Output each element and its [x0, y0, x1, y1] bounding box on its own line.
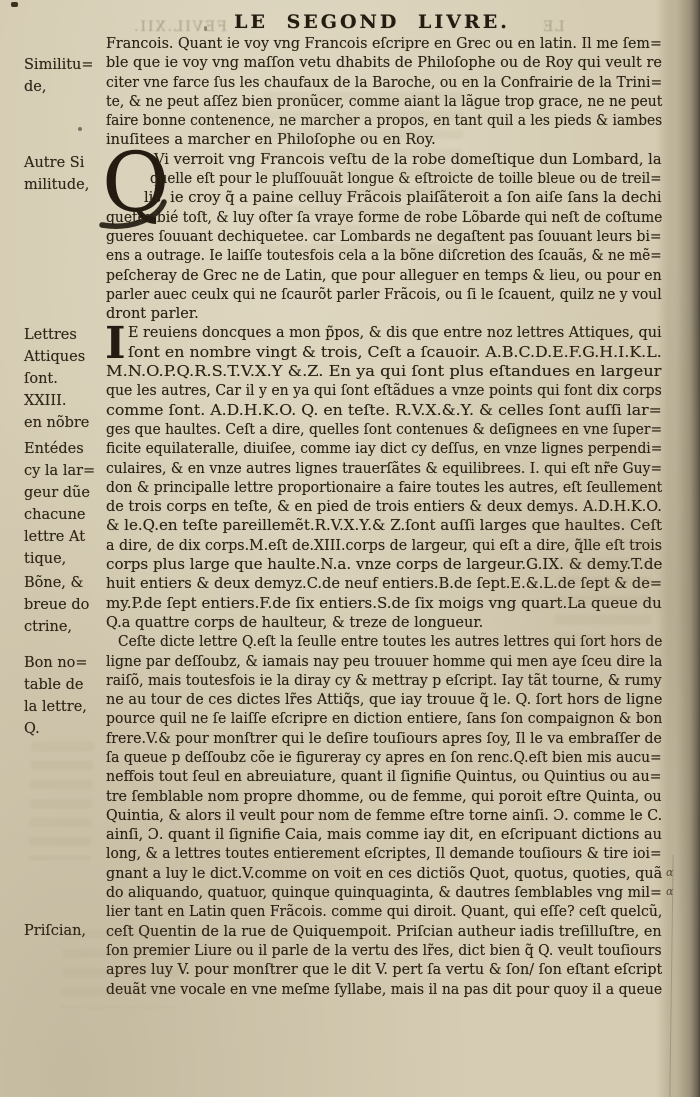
margin-note-line: Similitu= — [24, 54, 106, 76]
text-line: lier tant en Latin quen Frãcois. comme q… — [106, 904, 662, 923]
text-line: ſon premier Liure ou il parle de la vert… — [106, 943, 662, 962]
margin-note: Autre Similitude, — [24, 152, 106, 196]
text-line: ainſi, Ɔ. quant il ſignifie Caia, mais c… — [106, 827, 662, 846]
drop-cap-i: I — [105, 322, 126, 366]
margin-note-line: Q. — [24, 718, 106, 740]
margin-note-line: cy la lar= — [24, 460, 106, 482]
margin-note-line: Lettres — [24, 324, 106, 346]
text-line: que les autres, Car il y en ya qui ſont … — [106, 383, 662, 402]
text-line: peſcheray de Grec ne de Latin, que pour … — [106, 268, 662, 287]
ink-speck — [204, 26, 207, 31]
text-line-content: ble que ie voy vng maſſon vetu dhabits d… — [106, 55, 662, 71]
book-page-scan: FEVIL.XII. LE SEGOND LIVRE. LE Similitu=… — [0, 0, 700, 1097]
text-line: ficite equilateralle, diuiſee, comme iay… — [106, 441, 662, 460]
text-line: culaires, & en vnze autres lignes trauer… — [106, 461, 662, 480]
text-line-content: peſcheray de Grec ne de Latin, que pour … — [106, 268, 662, 284]
text-line: ne au tour de ces dictes lr̃es Attiq̃s, … — [106, 692, 662, 711]
text-line-content: E reuiens doncques a mon p̃pos, & dis qu… — [128, 325, 662, 341]
margin-note-line: ctrine, — [24, 616, 106, 638]
paragraph: Ceſte dicte lettre Q.eſt la ſeulle entre… — [106, 634, 662, 1001]
margin-note-line: de, — [24, 76, 106, 98]
text-line: Francois. Quant ie voy vng Francois eſcr… — [106, 36, 662, 55]
text-line-content: neffois tout ſeul en abreuiature, quant … — [106, 769, 662, 785]
text-line-content: ſont en nombre vingt & trois, Ceſt a ſca… — [128, 345, 662, 361]
text-line: citer vne farce ſus les chaufaux de la B… — [106, 75, 662, 94]
margin-note-line: la lettre, — [24, 696, 106, 718]
margin-note: Bõne, &breue doctrine, — [24, 572, 106, 638]
text-line-content: ligne par deſſoubz, & iamais nay peu tro… — [106, 654, 662, 670]
bleedthrough-smudge — [260, 92, 464, 260]
margin-note-line: geur dũe — [24, 482, 106, 504]
text-line-content: don & principalle lettre proportionaire … — [106, 480, 662, 496]
bleedthrough-smudge — [61, 930, 181, 1008]
text-line-content: frere.V.& pour monſtrer qui le deſire to… — [106, 731, 662, 747]
text-line: ligne par deſſoubz, & iamais nay peu tro… — [106, 654, 662, 673]
text-line: comme ſont. A.D.H.K.O. Q. en teſte. R.V.… — [106, 403, 662, 422]
text-line: tre ſemblable nom propre dhomme, ou de f… — [106, 789, 662, 808]
text-line: do aliquando, quatuor, quinque quinquagi… — [106, 885, 662, 904]
text-line: E reuiens doncques a mon p̃pos, & dis qu… — [106, 325, 662, 344]
text-line: de trois corps en teſte, & en pied de tr… — [106, 499, 662, 518]
text-line: frere.V.& pour monſtrer qui le deſire to… — [106, 731, 662, 750]
text-line: apres luy V. pour monſtrer que le dit V.… — [106, 962, 662, 981]
text-line-content: ſa queue p deſſoubz cõe ie figureray cy … — [106, 750, 662, 766]
text-line-content: parler auec ceulx qui ne ſcaurõt parler … — [106, 287, 662, 303]
text-line-content: de trois corps en teſte, & en pied de tr… — [106, 499, 662, 515]
text-line: ble que ie voy vng maſſon vetu dhabits d… — [106, 55, 662, 74]
text-line: deuãt vne vocale en vne meſme ſyllabe, m… — [106, 982, 662, 1001]
text-line: ſa queue p deſſoubz cõe ie figureray cy … — [106, 750, 662, 769]
margin-note-line: Autre Si — [24, 152, 106, 174]
margin-note-line: en nõbre — [24, 412, 106, 434]
text-line-content: Quintia, & alors il veult pour nom de fe… — [106, 808, 662, 824]
page-title: LE SEGOND LIVRE. — [0, 11, 700, 33]
ink-speck — [78, 127, 82, 131]
text-line: parler auec ceulx qui ne ſcaurõt parler … — [106, 287, 662, 306]
margin-note-line: lettre At — [24, 526, 106, 548]
text-line-content: ges que haultes. Ceſt a dire, quelles ſo… — [106, 422, 662, 438]
text-line-content: ainſi, Ɔ. quant il ſignifie Caia, mais c… — [106, 827, 662, 843]
margin-note-line: Attiques — [24, 346, 106, 368]
text-line-content: M.N.O.P.Q.R.S.T.V.X.Y &.Z. En ya qui ſon… — [106, 364, 661, 380]
bleedthrough-text-right: LE — [541, 19, 565, 35]
margin-note: Entédescy la lar=geur dũechacunelettre A… — [24, 438, 106, 570]
text-line-content: ceſt Quentin de la rue de Quiquempoit. P… — [106, 924, 662, 940]
margin-note: LettresAttiquesſont.XXIII.en nõbre — [24, 324, 106, 434]
margin-note-line: Entédes — [24, 438, 106, 460]
ink-speck — [11, 2, 18, 7]
text-line-content: culaires, & en vnze autres lignes trauer… — [106, 461, 662, 477]
text-line: neffois tout ſeul en abreuiature, quant … — [106, 769, 662, 788]
text-line: Quintia, & alors il veult pour nom de fe… — [106, 808, 662, 827]
margin-note-line: ſont. — [24, 368, 106, 390]
text-line-content: lier tant en Latin quen Frãcois. comme q… — [106, 904, 662, 920]
text-line: dront parler. — [106, 306, 662, 325]
text-line: M.N.O.P.Q.R.S.T.V.X.Y &.Z. En ya qui ſon… — [106, 364, 662, 383]
text-line: ceſt Quentin de la rue de Quiquempoit. P… — [106, 924, 662, 943]
text-line: ges que haultes. Ceſt a dire, quelles ſo… — [106, 422, 662, 441]
bleedthrough-smudge — [554, 520, 653, 652]
text-line: pource quil ne ſe laiſſe eſcripre en dic… — [106, 711, 662, 730]
margin-note-line: Bõne, & — [24, 572, 106, 594]
margin-note-line: chacune — [24, 504, 106, 526]
text-line-content: Francois. Quant ie voy vng Francois eſcr… — [106, 36, 662, 52]
margin-note-line: tique, — [24, 548, 106, 570]
text-line-content: Q.a quattre corps de haulteur, & treze d… — [106, 615, 483, 631]
text-line-content: pource quil ne ſe laiſſe eſcripre en dic… — [106, 711, 662, 727]
text-line-content: long, & a lettres toutes entierement eſc… — [106, 846, 662, 862]
text-line-content: ficite equilateralle, diuiſee, comme iay… — [106, 441, 662, 457]
text-line-content: que les autres, Car il y en ya qui ſont … — [106, 383, 662, 399]
page-curve-shadow — [658, 0, 678, 1097]
text-line: gnant a luy le dict.V.comme on voit en c… — [106, 866, 662, 885]
text-line-content: do aliquando, quatuor, quinque quinquagi… — [106, 885, 662, 901]
text-line-content: tre ſemblable nom propre dhomme, ou de f… — [106, 789, 662, 805]
text-line-content: ne au tour de ces dictes lr̃es Attiq̃s, … — [106, 692, 662, 708]
text-line-content: deuãt vne vocale en vne meſme ſyllabe, m… — [106, 982, 662, 998]
margin-note-line: Bon no= — [24, 652, 106, 674]
margin-note: Similitu=de, — [24, 54, 106, 98]
text-line-content: raiſõ, mais toutesfois ie la diray cy & … — [106, 673, 662, 689]
text-line-content: citer vne farce ſus les chaufaux de la B… — [106, 75, 662, 91]
text-line: long, & a lettres toutes entierement eſc… — [106, 846, 662, 865]
margin-note: Bon no=table dela lettre,Q. — [24, 652, 106, 740]
text-line-content: gnant a luy le dict.V.comme on voit en c… — [106, 866, 662, 882]
text-line: don & principalle lettre proportionaire … — [106, 480, 662, 499]
bleedthrough-smudge — [28, 742, 93, 860]
margin-note-line: table de — [24, 674, 106, 696]
text-line-content: apres luy V. pour monſtrer que le dit V.… — [106, 962, 662, 978]
text-line: ſont en nombre vingt & trois, Ceſt a ſca… — [106, 345, 662, 364]
margin-note-line: breue do — [24, 594, 106, 616]
text-line: raiſõ, mais toutesfois ie la diray cy & … — [106, 673, 662, 692]
margin-note-line: militude, — [24, 174, 106, 196]
text-line-content: comme ſont. A.D.H.K.O. Q. en teſte. R.V.… — [106, 403, 662, 419]
margin-note-line: XXIII. — [24, 390, 106, 412]
text-line-content: ſon premier Liure ou il parle de la vert… — [106, 943, 662, 959]
